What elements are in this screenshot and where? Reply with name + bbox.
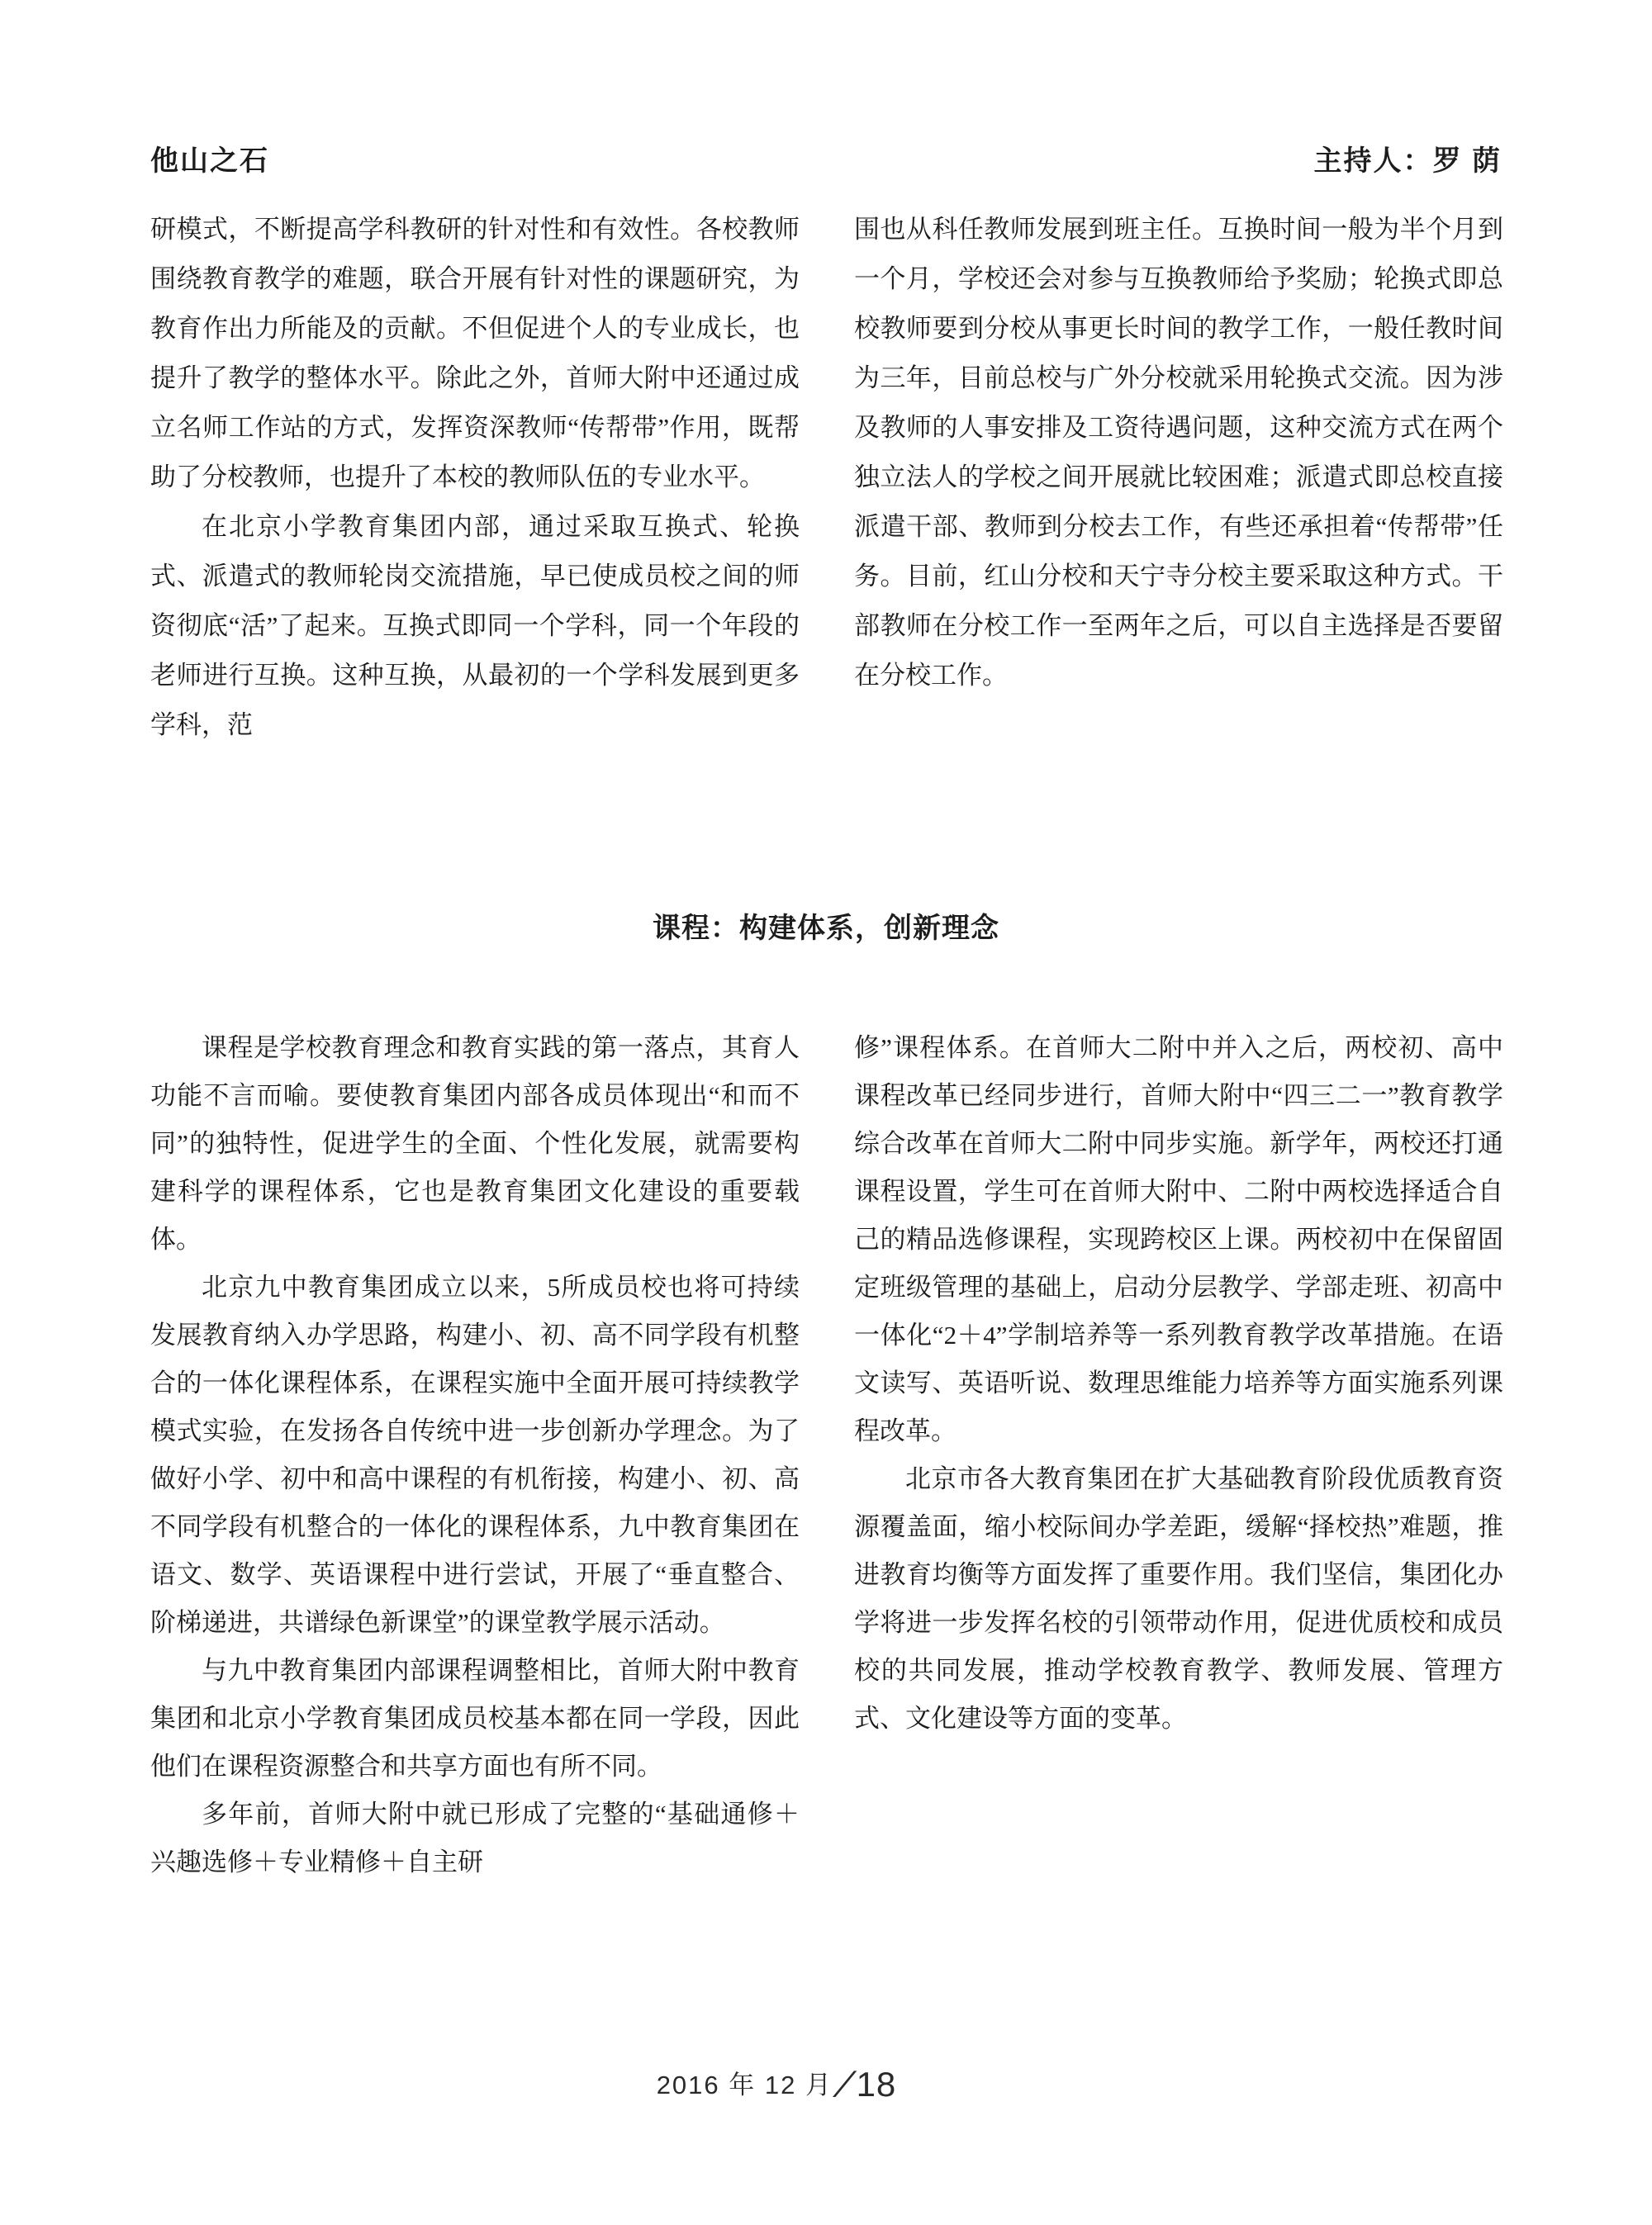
issue-date: 2016 年 12 月 — [657, 2071, 833, 2099]
paragraph-continuation: 修”课程体系。在首师大二附中并入之后，两校初、高中课程改革已经同步进行，首师大附… — [854, 1024, 1503, 1455]
host-label: 主持人：罗 荫 — [1314, 138, 1502, 178]
paragraph: 课程是学校教育理念和教育实践的第一落点，其育人功能不言而喻。要使教育集团内部各成… — [150, 1024, 800, 1264]
section2-left-column: 课程是学校教育理念和教育实践的第一落点，其育人功能不言而喻。要使教育集团内部各成… — [150, 1024, 800, 1886]
page-number: 18 — [857, 2065, 897, 2104]
section1-right-column: 围也从科任教师发展到班主任。互换时间一般为半个月到一个月，学校还会对参与互换教师… — [854, 205, 1503, 700]
paragraph-continuation: 围也从科任教师发展到班主任。互换时间一般为半个月到一个月，学校还会对参与互换教师… — [854, 205, 1503, 700]
paragraph-continuation: 研模式，不断提高学科教研的针对性和有效性。各校教师围绕教育教学的难题，联合开展有… — [150, 205, 800, 502]
section-heading: 课程：构建体系，创新理念 — [0, 905, 1652, 946]
paragraph: 北京市各大教育集团在扩大基础教育阶段优质教育资源覆盖面，缩小校际间办学差距，缓解… — [854, 1455, 1503, 1743]
paragraph: 与九中教育集团内部课程调整相比，首师大附中教育集团和北京小学教育集团成员校基本都… — [150, 1647, 800, 1791]
page-footer: 2016 年 12 月 ∕ 18 — [0, 2061, 1553, 2106]
column-title: 他山之石 — [150, 138, 269, 178]
section1-left-column: 研模式，不断提高学科教研的针对性和有效性。各校教师围绕教育教学的难题，联合开展有… — [150, 205, 800, 750]
section2-right-column: 修”课程体系。在首师大二附中并入之后，两校初、高中课程改革已经同步进行，首师大附… — [854, 1024, 1503, 1743]
paragraph: 在北京小学教育集团内部，通过采取互换式、轮换式、派遣式的教师轮岗交流措施，早已使… — [150, 502, 800, 750]
folio-slash: ∕ — [836, 2062, 852, 2105]
magazine-page: 他山之石 主持人：罗 荫 研模式，不断提高学科教研的针对性和有效性。各校教师围绕… — [0, 0, 1652, 2225]
paragraph: 北京九中教育集团成立以来，5所成员校也将可持续发展教育纳入办学思路，构建小、初、… — [150, 1264, 800, 1647]
running-head: 他山之石 主持人：罗 荫 — [150, 142, 1502, 178]
paragraph: 多年前，首师大附中就已形成了完整的“基础通修＋兴趣选修＋专业精修＋自主研 — [150, 1791, 800, 1886]
